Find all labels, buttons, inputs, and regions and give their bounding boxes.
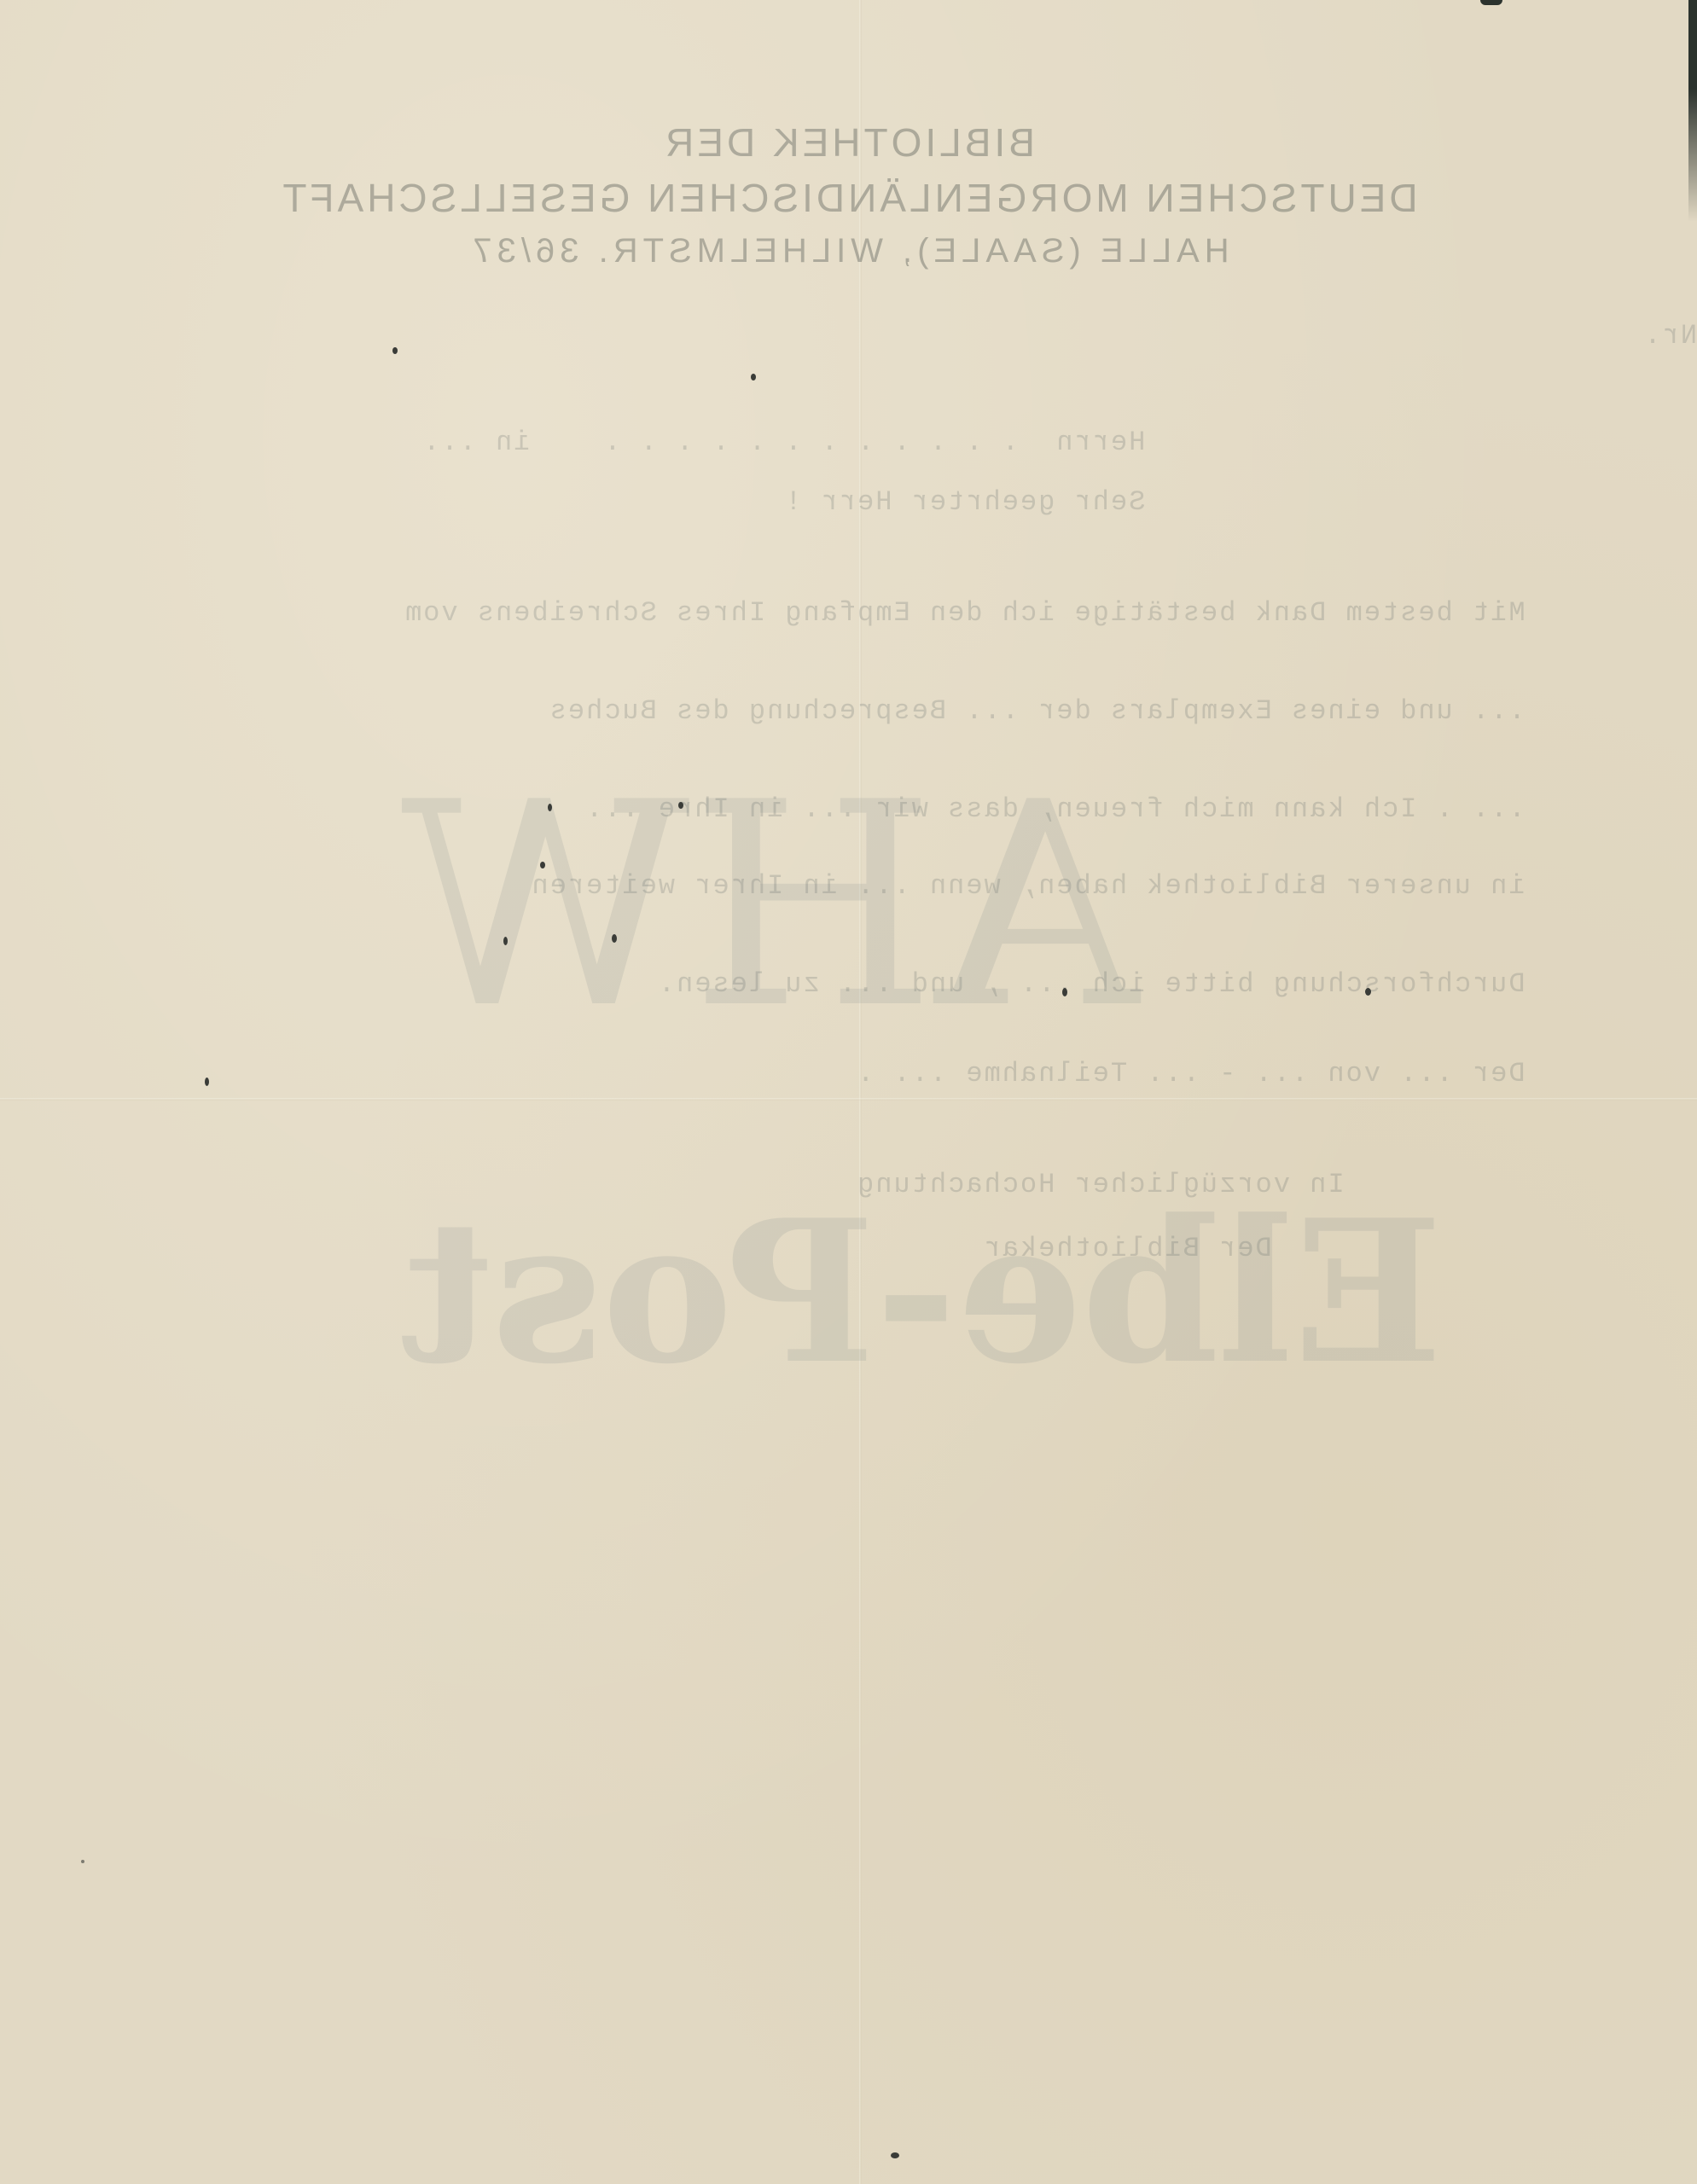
- ink-dot: [1365, 988, 1371, 996]
- typed-line-reference: Nr.: [0, 320, 1697, 351]
- scan-edge-mark: [1480, 0, 1502, 5]
- letterhead-line-3: HALLE (SAALE), WILHELMSTR. 36/37: [0, 232, 1697, 270]
- typed-line-body: ... . Ich kann mich freuen, dass wir ...…: [154, 793, 1561, 825]
- typed-line-body: Der ... von ... - ... Teilnahme ... .: [154, 1058, 1561, 1089]
- stamp-upper-showthrough: AHW: [401, 742, 1139, 1070]
- stamp-lower-showthrough: Elbe-Post: [401, 1177, 1443, 1408]
- ink-dot: [205, 1077, 209, 1086]
- typed-line-body: Durchforschung bitte ich ... , und ... z…: [154, 968, 1561, 1000]
- ink-dot: [612, 934, 617, 943]
- typed-line-body: in unserer Bibliothek haben, wenn ... in…: [154, 870, 1561, 902]
- horizontal-fold-line: [0, 1098, 1697, 1101]
- typed-line-address: Herrn . . . . . . . . . . . . in ...: [154, 427, 1561, 458]
- ink-dot: [1062, 988, 1067, 996]
- typed-line-salutation: Sehr geehrter Herr !: [154, 486, 1561, 518]
- ink-dot: [678, 802, 683, 809]
- ink-dot: [751, 374, 756, 380]
- typed-line-body: ... und eines Exemplars der ... Besprech…: [154, 695, 1561, 727]
- typed-line-closing: In vorzüglicher Hochachtung: [154, 1169, 1561, 1200]
- ink-speck: [81, 1860, 84, 1863]
- ink-dot: [503, 937, 508, 945]
- ink-dot: [548, 804, 552, 811]
- letterhead-line-1: BIBLIOTHEK DER: [0, 119, 1697, 166]
- typed-line-signature: Der Bibliothekar: [154, 1233, 1561, 1264]
- letterhead-line-2: DEUTSCHEN MORGENLÄNDISCHEN GESELLSCHAFT: [0, 175, 1697, 221]
- ink-dot: [891, 2152, 899, 2158]
- typed-line-body: Mit bestem Dank bestätige ich den Empfan…: [154, 597, 1561, 629]
- ink-dot: [540, 862, 545, 868]
- ink-dot: [392, 347, 398, 354]
